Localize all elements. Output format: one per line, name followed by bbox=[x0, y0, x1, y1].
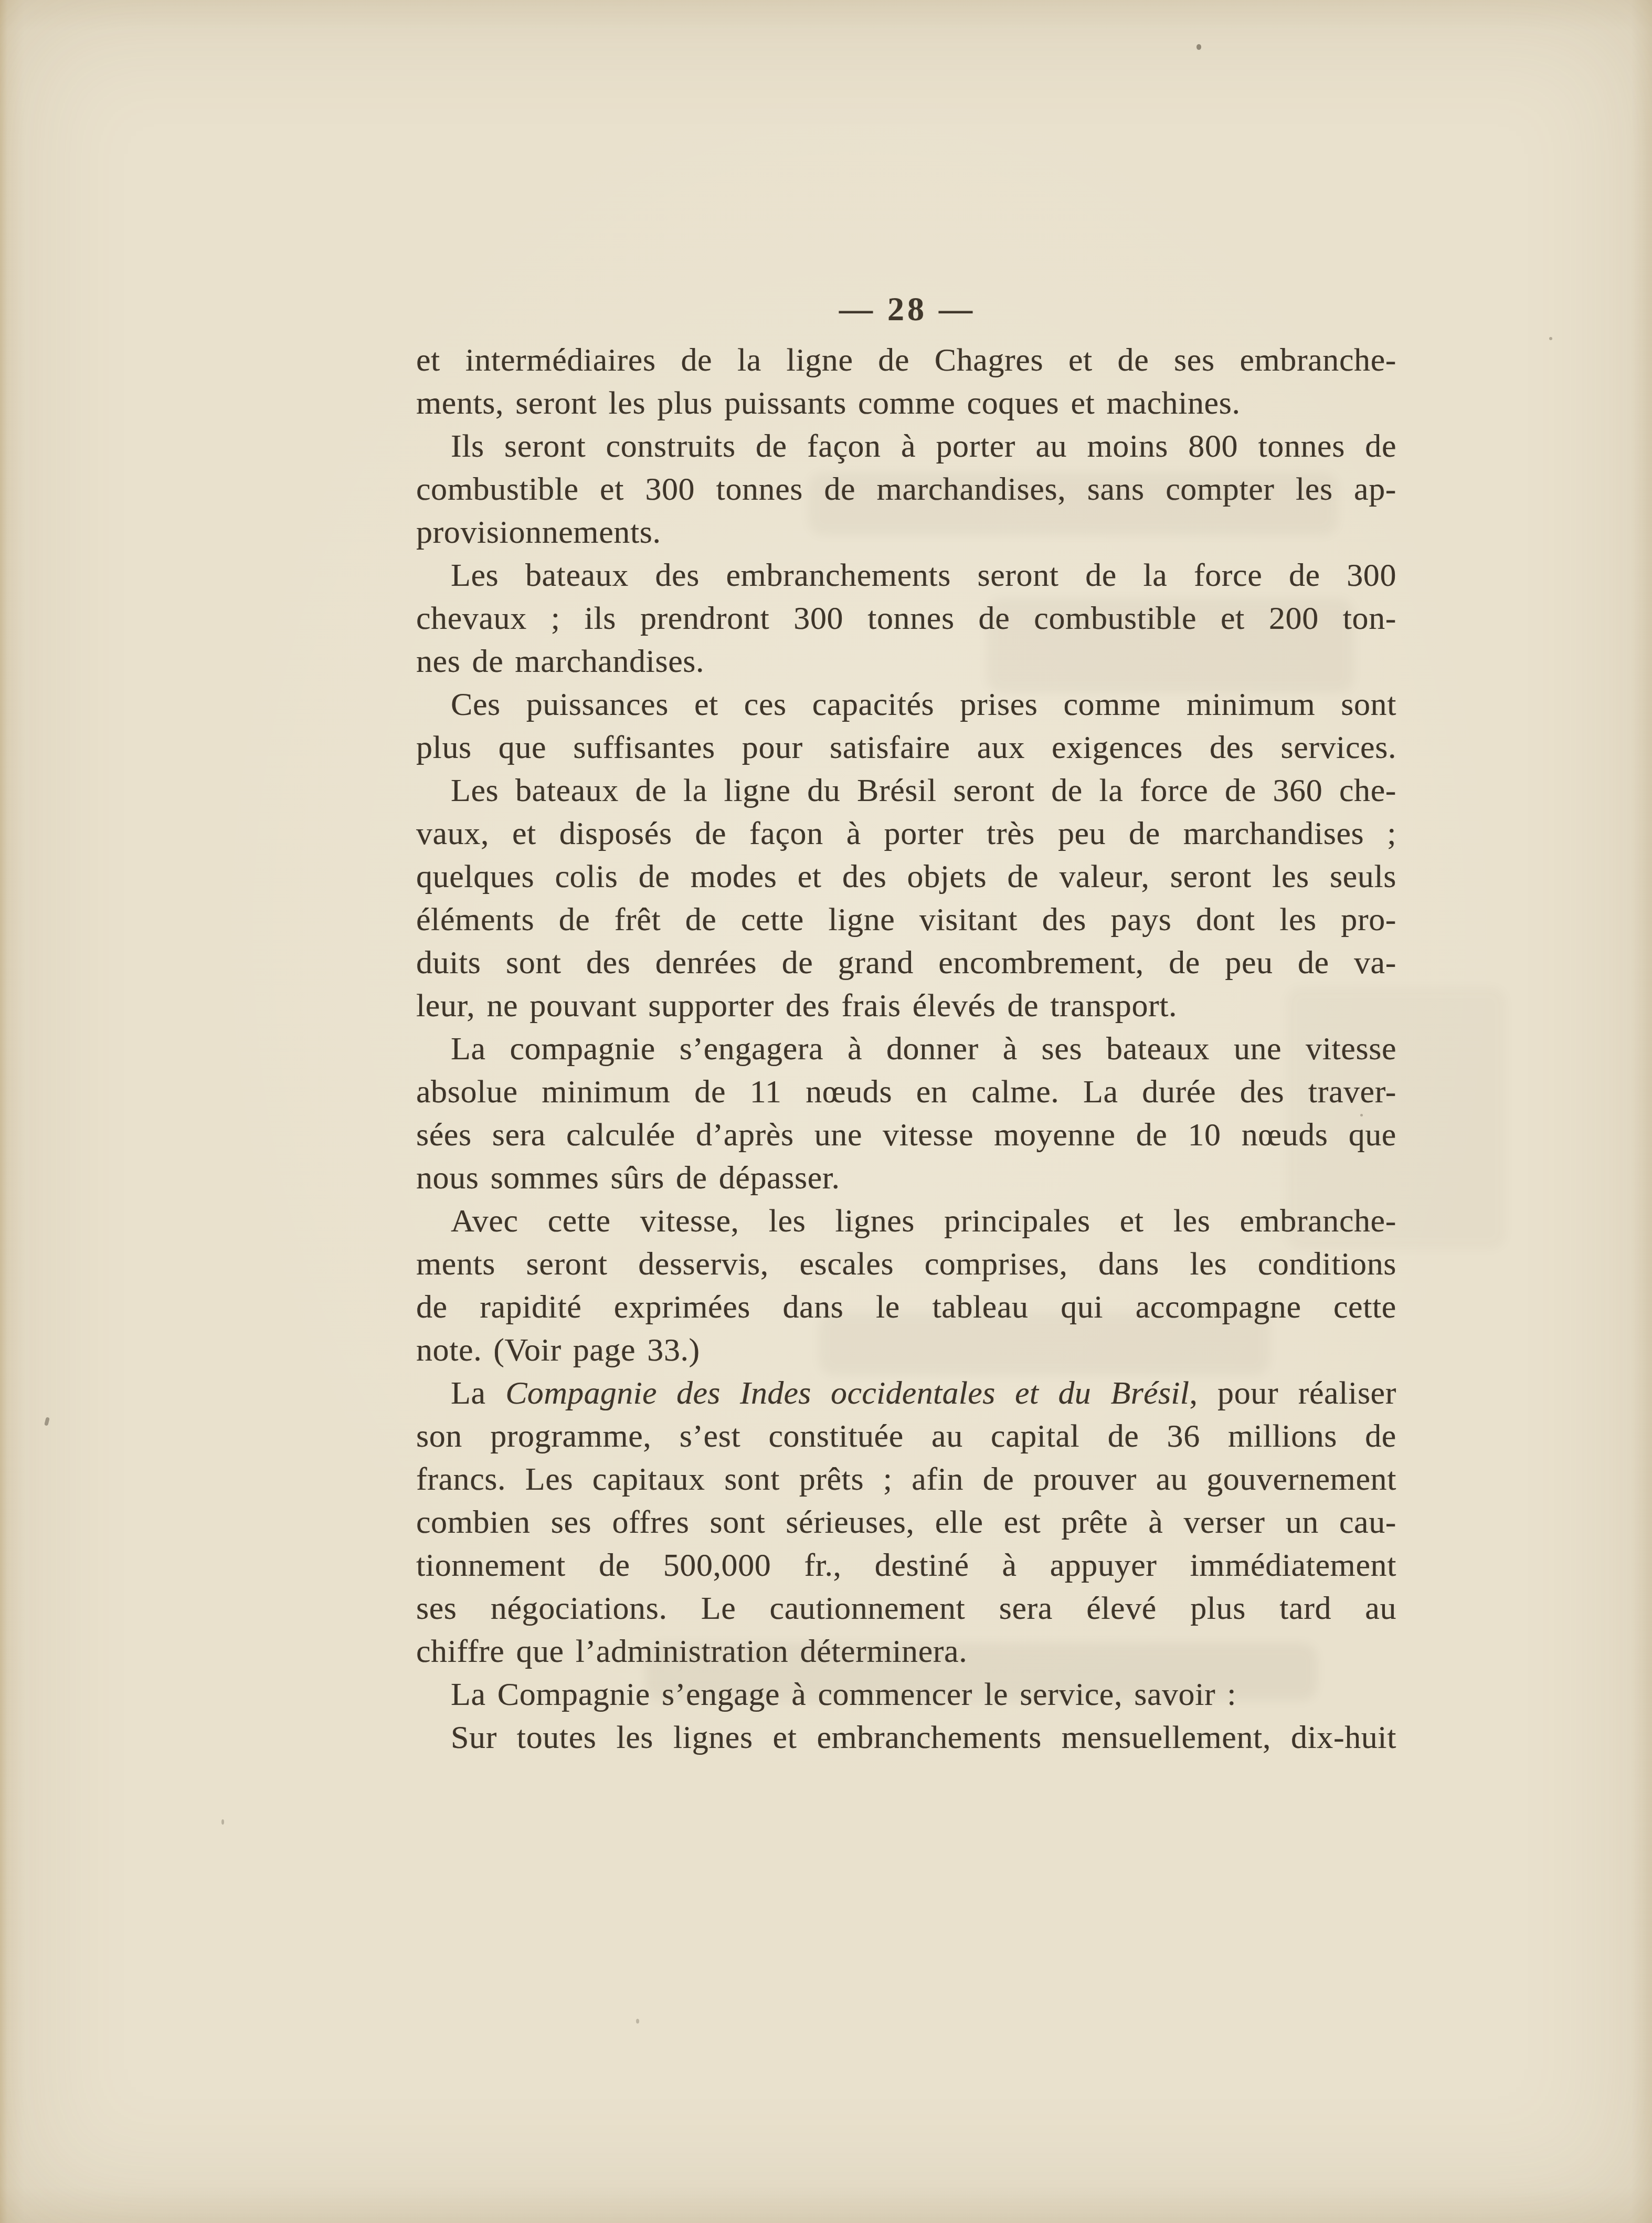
text-line: La Compagnie des Indes occidentales et d… bbox=[416, 1372, 1396, 1415]
text-line: tionnement de 500,000 fr., destiné à app… bbox=[416, 1544, 1396, 1587]
paper-speck bbox=[221, 1819, 224, 1825]
text-line: chiffre que l’administration déterminera… bbox=[416, 1630, 1396, 1673]
paragraph: Avec cette vitesse, les lignes principal… bbox=[416, 1199, 1396, 1372]
paper-speck bbox=[636, 2019, 639, 2024]
paragraph: La Compagnie des Indes occidentales et d… bbox=[416, 1372, 1396, 1673]
paper-speck bbox=[44, 1417, 50, 1426]
text-line: plus que suffisantes pour satisfaire aux… bbox=[416, 726, 1396, 769]
paragraph: Ces puissances et ces capacités prises c… bbox=[416, 683, 1396, 769]
paragraph: Ils seront construits de façon à porter … bbox=[416, 425, 1396, 554]
text-line: éléments de frêt de cette ligne visitant… bbox=[416, 898, 1396, 941]
text-line: note. (Voir page 33.) bbox=[416, 1329, 1396, 1372]
paragraph: Sur toutes les lignes et embranchements … bbox=[416, 1716, 1396, 1759]
scanned-book-page: — 28 — et intermédiaires de la ligne de … bbox=[0, 0, 1652, 2223]
text-line: Les bateaux de la ligne du Brésil seront… bbox=[416, 769, 1396, 812]
text-segment: La bbox=[451, 1375, 505, 1411]
text-line: vaux, et disposés de façon à porter très… bbox=[416, 812, 1396, 855]
text-line: Ces puissances et ces capacités prises c… bbox=[416, 683, 1396, 726]
text-line: ments, seront les plus puissants comme c… bbox=[416, 382, 1396, 425]
text-line: duits sont des denrées de grand encombre… bbox=[416, 941, 1396, 984]
text-line: Ils seront construits de façon à porter … bbox=[416, 425, 1396, 468]
text-line: quelques colis de modes et des objets de… bbox=[416, 855, 1396, 898]
paper-speck bbox=[1196, 44, 1201, 50]
text-line: son programme, s’est constituée au capit… bbox=[416, 1415, 1396, 1458]
paragraph: Les bateaux de la ligne du Brésil seront… bbox=[416, 769, 1396, 1027]
page-number: — 28 — bbox=[417, 292, 1397, 326]
paper-speck bbox=[1549, 337, 1552, 340]
paragraph: Les bateaux des embranchements seront de… bbox=[416, 554, 1396, 683]
text-segment: , pour réaliser bbox=[1189, 1375, 1396, 1411]
text-line: Avec cette vitesse, les lignes principal… bbox=[416, 1199, 1396, 1242]
paragraph: et intermédiaires de la ligne de Chagres… bbox=[416, 339, 1396, 425]
text-line: combustible et 300 tonnes de marchandise… bbox=[416, 468, 1396, 511]
text-line: ses négociations. Le cautionnement sera … bbox=[416, 1587, 1396, 1630]
text-line: La compagnie s’engagera à donner à ses b… bbox=[416, 1027, 1396, 1070]
text-line: et intermédiaires de la ligne de Chagres… bbox=[416, 339, 1396, 382]
company-name-italic: Compagnie des Indes occidentales et du B… bbox=[505, 1375, 1189, 1411]
text-line: leur, ne pouvant supporter des frais éle… bbox=[416, 984, 1396, 1027]
text-line: francs. Les capitaux sont prêts ; afin d… bbox=[416, 1458, 1396, 1501]
text-line: absolue minimum de 11 nœuds en calme. La… bbox=[416, 1070, 1396, 1113]
text-block: et intermédiaires de la ligne de Chagres… bbox=[416, 339, 1396, 1759]
text-line: Sur toutes les lignes et embranchements … bbox=[416, 1716, 1396, 1759]
text-line: La Compagnie s’engage à commencer le ser… bbox=[416, 1673, 1396, 1716]
text-line: chevaux ; ils prendront 300 tonnes de co… bbox=[416, 597, 1396, 640]
text-line: provisionnements. bbox=[416, 511, 1396, 554]
text-line: nes de marchandises. bbox=[416, 640, 1396, 683]
text-line: Les bateaux des embranchements seront de… bbox=[416, 554, 1396, 597]
text-line: sées sera calculée d’après une vitesse m… bbox=[416, 1113, 1396, 1156]
text-line: combien ses offres sont sérieuses, elle … bbox=[416, 1501, 1396, 1544]
text-line: ments seront desservis, escales comprise… bbox=[416, 1242, 1396, 1286]
paragraph: La compagnie s’engagera à donner à ses b… bbox=[416, 1027, 1396, 1199]
text-line: de rapidité exprimées dans le tableau qu… bbox=[416, 1286, 1396, 1329]
text-line: nous sommes sûrs de dépasser. bbox=[416, 1156, 1396, 1199]
paragraph: La Compagnie s’engage à commencer le ser… bbox=[416, 1673, 1396, 1716]
